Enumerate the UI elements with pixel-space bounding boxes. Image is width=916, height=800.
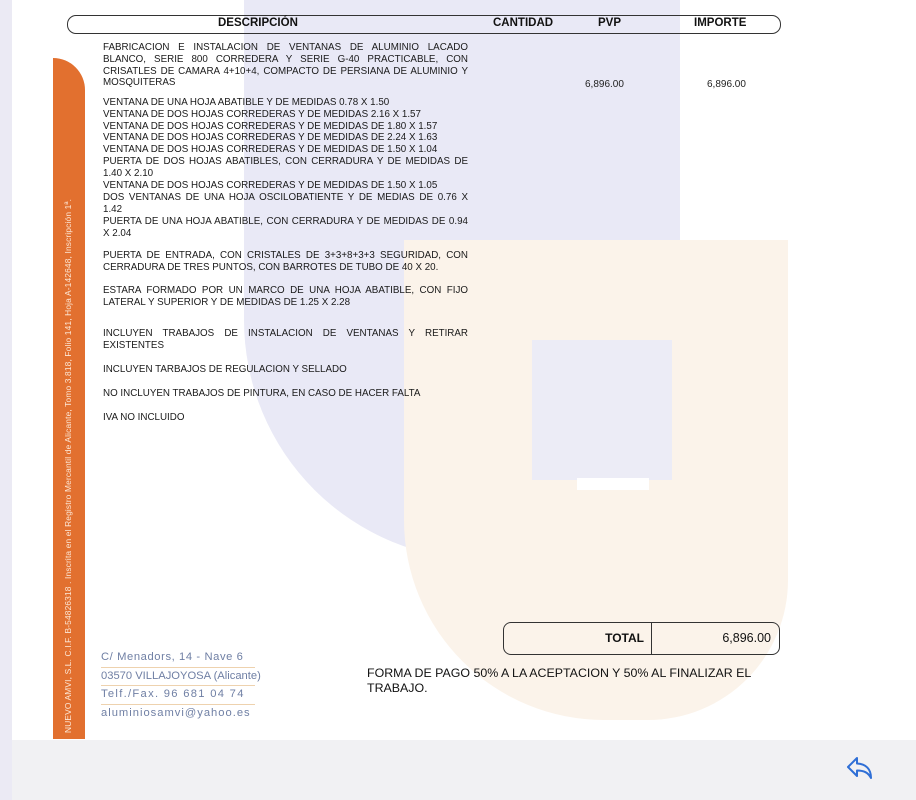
line-pvp-value: 6,896.00 — [585, 79, 624, 90]
viewer-left-edge — [0, 0, 12, 800]
line-amount-value: 6,896.00 — [707, 79, 746, 90]
invoice-page: NUEVO AMVI, S.L. C.I.F. B-54826318 . Ins… — [12, 0, 916, 740]
payment-terms: FORMA DE PAGO 50% A LA ACEPTACION Y 50% … — [367, 666, 767, 696]
description-excludes-painting: NO INCLUYEN TRABAJOS DE PINTURA, EN CASO… — [103, 388, 468, 400]
description-tilt-windows: DOS VENTANAS DE UNA HOJA OSCILOBATIENTE … — [103, 192, 468, 216]
table-header-bar — [67, 15, 781, 34]
total-box: TOTAL 6,896.00 — [503, 622, 780, 655]
description-double-door: PUERTA DE DOS HOJAS ABATIBLES, CON CERRA… — [103, 156, 468, 180]
column-header-description: DESCRIPCIÓN — [218, 17, 298, 29]
contact-divider — [101, 667, 255, 668]
description-vat-note: IVA NO INCLUIDO — [103, 412, 468, 424]
column-header-amount: IMPORTE — [694, 17, 746, 29]
company-registry-text: NUEVO AMVI, S.L. C.I.F. B-54826318 . Ins… — [63, 113, 73, 733]
contact-divider — [101, 685, 255, 686]
description-includes-installation: INCLUYEN TRABAJOS DE INSTALACION DE VENT… — [103, 328, 468, 352]
contact-email[interactable]: aluminiosamvi@yahoo.es — [101, 707, 251, 719]
description-window-150x105: VENTANA DE DOS HOJAS CORREDERAS Y DE MED… — [103, 180, 468, 192]
description-frame: ESTARA FORMADO POR UN MARCO DE UNA HOJA … — [103, 285, 468, 309]
column-header-quantity: CANTIDAD — [493, 17, 553, 29]
contact-phone: Telf./Fax. 96 681 04 74 — [101, 688, 245, 700]
column-header-pvp: PVP — [598, 17, 621, 29]
description-includes-sealing: INCLUYEN TARBAJOS DE REGULACION Y SELLAD… — [103, 364, 468, 376]
watermark-logo-inner — [532, 340, 672, 480]
reply-arrow-icon — [845, 755, 875, 781]
contact-address-line2: 03570 VILLAJOYOSA (Alicante) — [101, 670, 261, 682]
description-single-door: PUERTA DE UNA HOJA ABATIBLE, CON CERRADU… — [103, 216, 468, 240]
description-intro: FABRICACION E INSTALACION DE VENTANAS DE… — [103, 42, 468, 89]
total-value: 6,896.00 — [722, 631, 771, 645]
reply-button[interactable] — [842, 751, 878, 785]
total-divider — [651, 623, 652, 654]
watermark-logo-gap — [577, 478, 649, 490]
total-label: TOTAL — [504, 631, 644, 645]
description-entrance-door: PUERTA DE ENTRADA, CON CRISTALES DE 3+3+… — [103, 250, 468, 274]
contact-divider — [101, 704, 255, 705]
description-windows: VENTANA DE UNA HOJA ABATIBLE Y DE MEDIDA… — [103, 97, 468, 156]
contact-address-line1: C/ Menadors, 14 - Nave 6 — [101, 651, 244, 663]
